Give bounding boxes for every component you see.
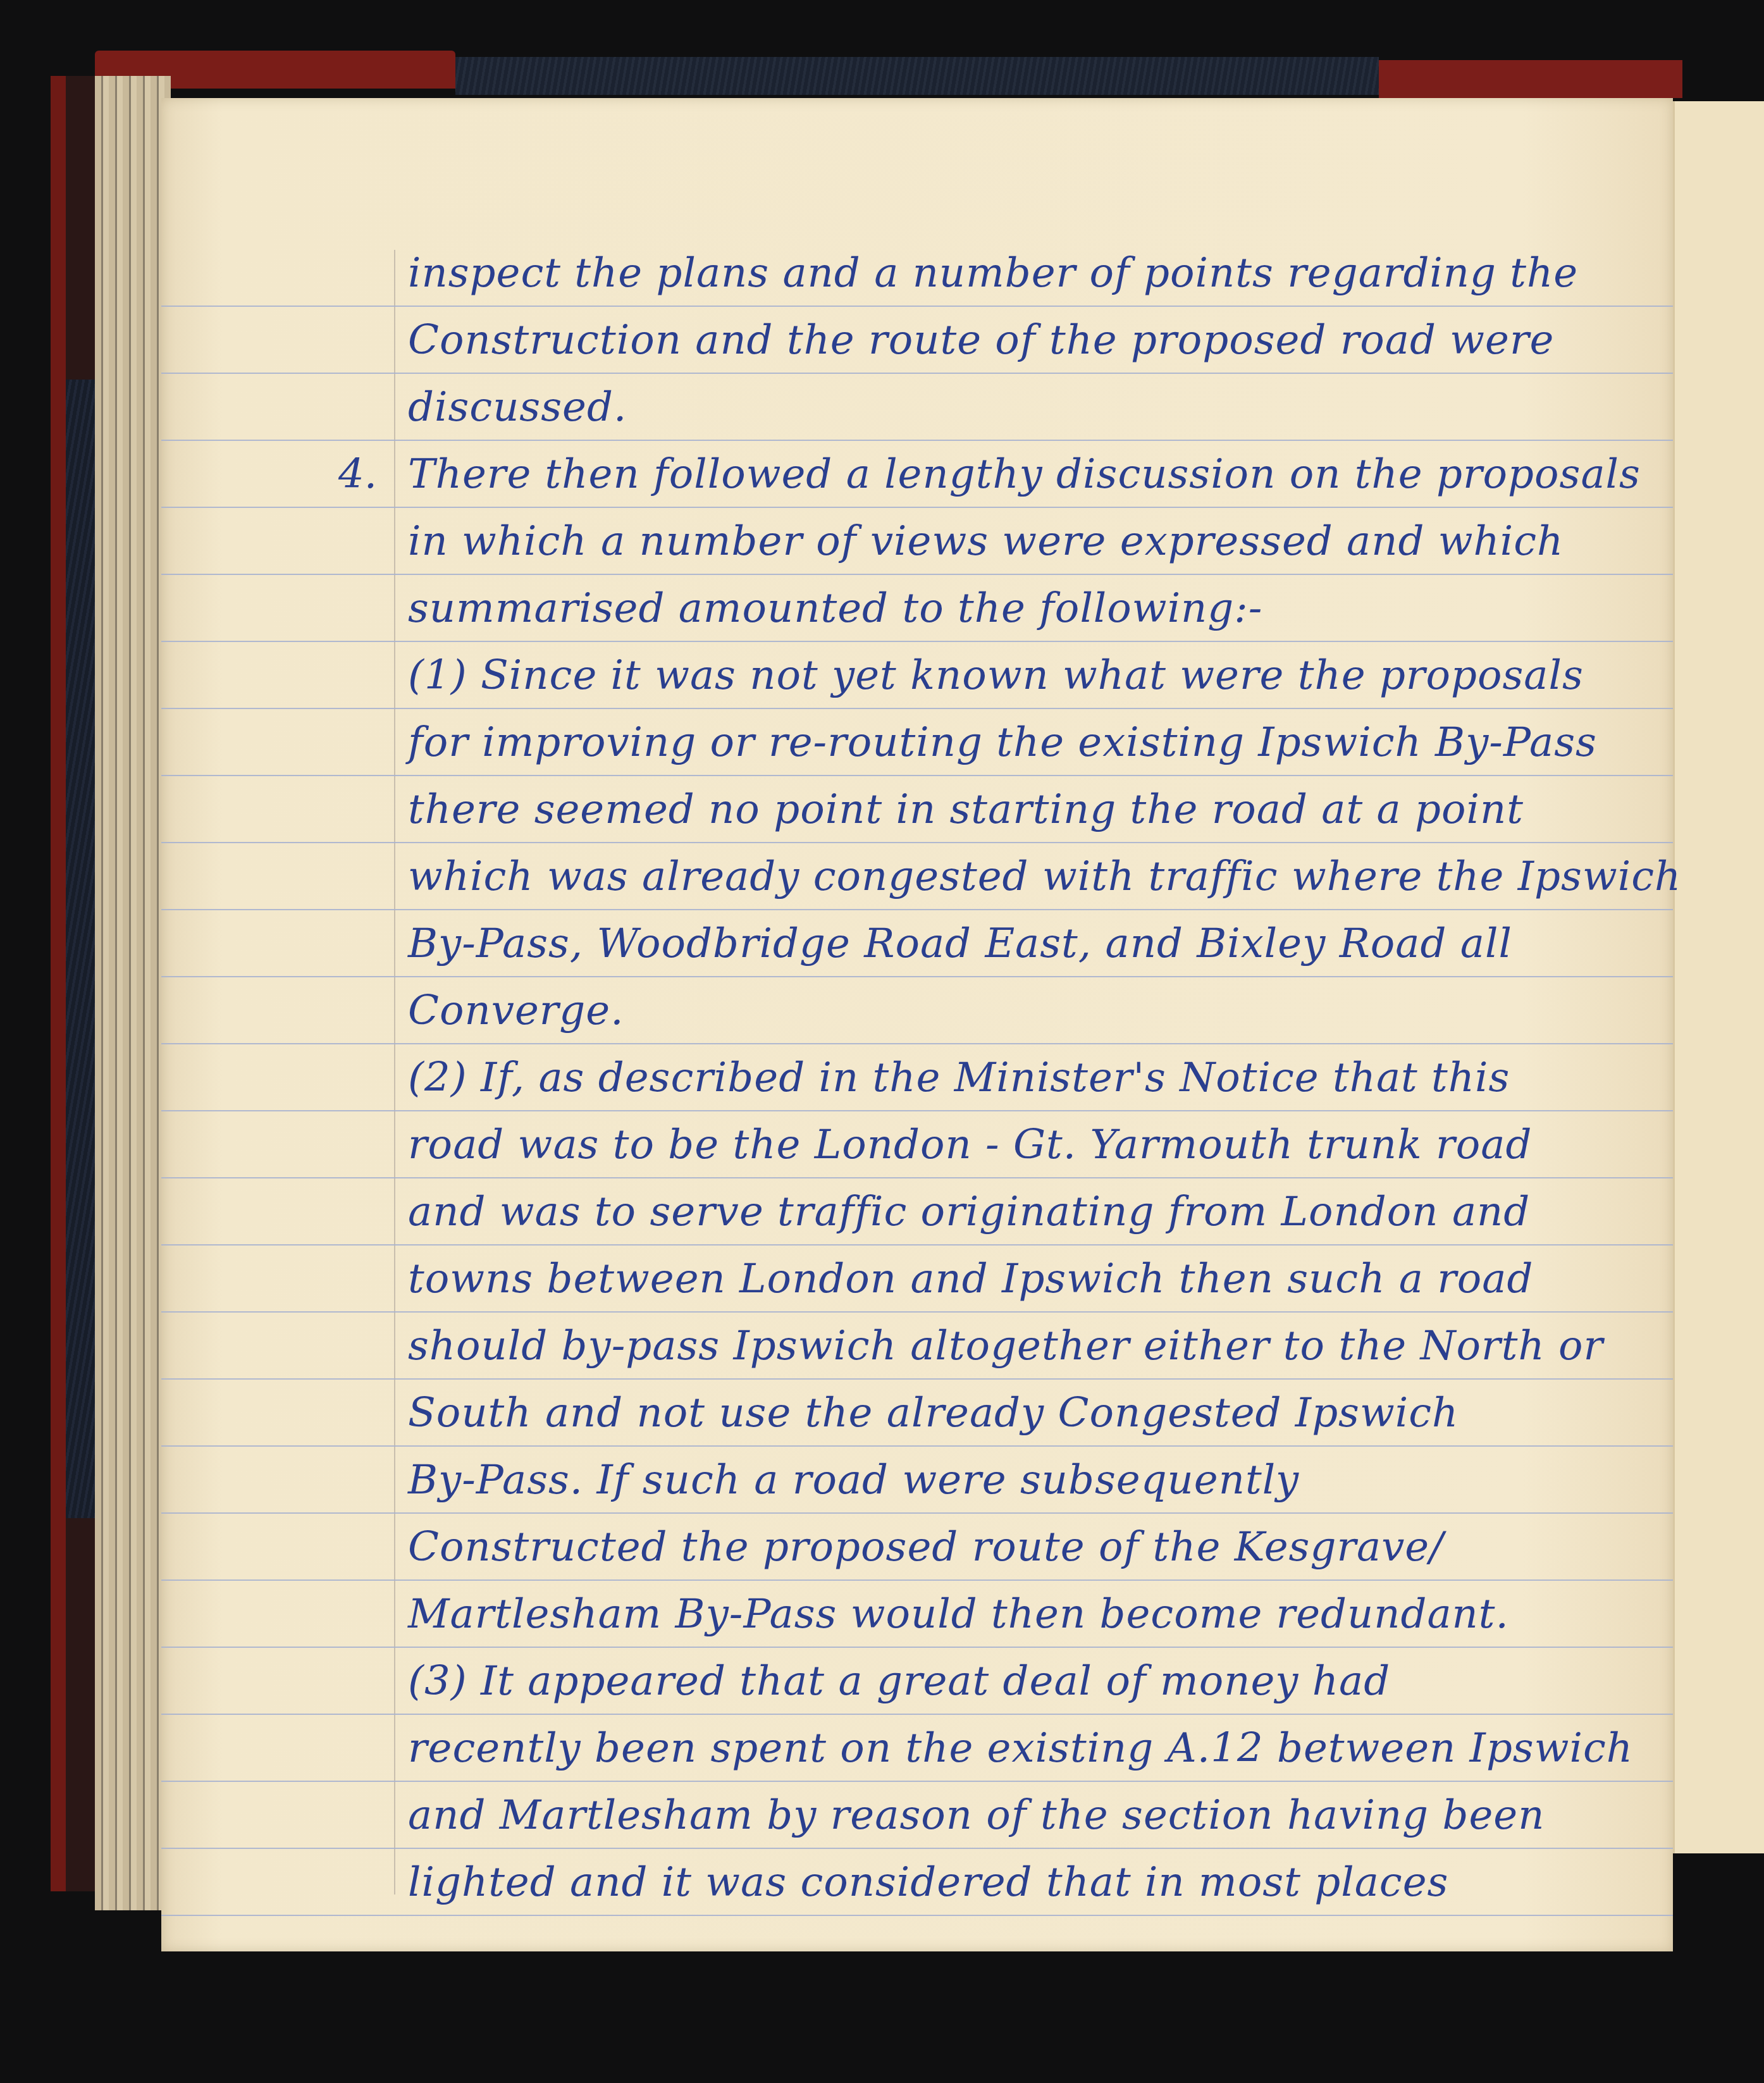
handwritten-line: inspect the plans and a number of points…	[408, 250, 1578, 297]
handwritten-line: and Martlesham by reason of the section …	[408, 1792, 1545, 1839]
ruled-line	[161, 1043, 1673, 1044]
ruled-line	[161, 574, 1673, 575]
handwritten-line: which was already congested with traffic…	[408, 853, 1681, 900]
handwritten-line: should by-pass Ipswich altogether either…	[408, 1323, 1603, 1369]
handwritten-line: By-Pass, Woodbridge Road East, and Bixle…	[408, 920, 1512, 967]
ruled-line	[161, 1647, 1673, 1648]
handwritten-line: (3) It appeared that a great deal of mon…	[408, 1658, 1390, 1705]
handwritten-line: recently been spent on the existing A.12…	[408, 1725, 1633, 1772]
page-edges-stack	[95, 76, 171, 1910]
ruled-line	[161, 775, 1673, 776]
ruled-line	[161, 1244, 1673, 1245]
ruled-line	[161, 909, 1673, 910]
handwritten-line: there seemed no point in starting the ro…	[408, 786, 1524, 833]
handwritten-line: road was to be the London - Gt. Yarmouth…	[408, 1122, 1532, 1168]
handwritten-line: (2) If, as described in the Minister's N…	[408, 1054, 1510, 1101]
ruled-line	[161, 1848, 1673, 1849]
item-number: 4.	[338, 451, 377, 498]
handwritten-line: Converge.	[408, 987, 624, 1034]
book-cloth-top	[455, 57, 1379, 95]
ruled-line	[161, 507, 1673, 508]
handwritten-line: in which a number of views were expresse…	[408, 518, 1564, 565]
ruled-line	[161, 373, 1673, 374]
ruled-line	[161, 641, 1673, 642]
notebook-page: 4. inspect the plans and a number of poi…	[161, 98, 1673, 1951]
handwritten-line: and was to serve traffic originating fro…	[408, 1189, 1530, 1235]
ruled-line	[161, 306, 1673, 307]
handwritten-line: summarised amounted to the following:-	[408, 585, 1262, 632]
handwritten-line: for improving or re-routing the existing…	[408, 719, 1597, 766]
handwritten-line: Construction and the route of the propos…	[408, 317, 1554, 364]
ruled-line	[161, 1579, 1673, 1581]
ruled-line	[161, 1177, 1673, 1178]
ruled-line	[161, 1512, 1673, 1514]
handwritten-line: Martlesham By-Pass would then become red…	[408, 1591, 1509, 1638]
ruled-line	[161, 440, 1673, 441]
ruled-line	[161, 1445, 1673, 1447]
ruled-line	[161, 1378, 1673, 1380]
handwritten-line: (1) Since it was not yet known what were…	[408, 652, 1584, 699]
ruled-line	[161, 976, 1673, 977]
ruled-line	[161, 1110, 1673, 1111]
ruled-line	[161, 1915, 1673, 1916]
book-cover-corner-top-right	[1379, 60, 1682, 98]
handwritten-line: South and not use the already Congested …	[408, 1390, 1459, 1437]
ruled-line	[161, 842, 1673, 843]
ruled-line	[161, 1714, 1673, 1715]
handwritten-line: By-Pass. If such a road were subsequentl…	[408, 1457, 1299, 1504]
handwritten-line: discussed.	[408, 384, 627, 431]
handwritten-line: lighted and it was considered that in mo…	[408, 1859, 1448, 1906]
handwritten-line: towns between London and Ipswich then su…	[408, 1256, 1533, 1302]
handwritten-line: Constructed the proposed route of the Ke…	[408, 1524, 1444, 1571]
ruled-line	[161, 708, 1673, 709]
ruled-line	[161, 1781, 1673, 1782]
ruled-line	[161, 1311, 1673, 1313]
handwritten-line: There then followed a lengthy discussion…	[408, 451, 1641, 498]
facing-page-edge	[1673, 101, 1764, 1853]
margin-line	[394, 250, 395, 1894]
